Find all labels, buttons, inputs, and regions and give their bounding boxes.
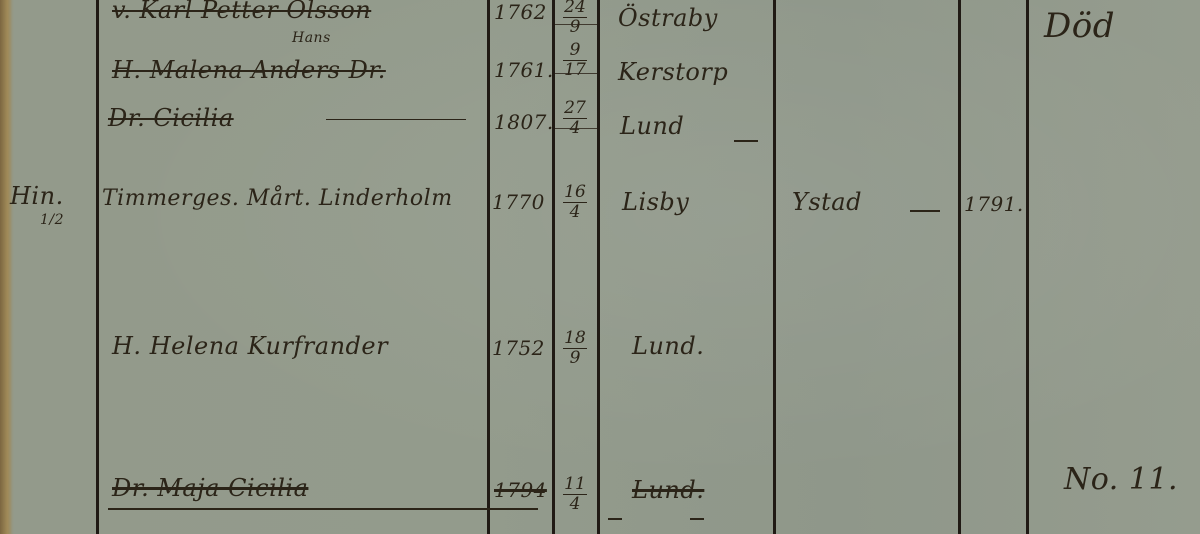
row-6-date-month: 4 (570, 494, 581, 514)
row-3-birthplace: Lund (620, 112, 684, 140)
row-6-under-dash (608, 518, 622, 520)
page-edge (0, 0, 12, 534)
row-6-date-day: 11 (564, 474, 586, 494)
row-6-year: 1794 (494, 478, 547, 502)
row-6-date: 11 4 (557, 476, 593, 513)
row-2-name: H. Malena Anders Dr. (112, 56, 386, 84)
row-1-name: v. Karl Petter Olsson (112, 0, 371, 24)
row-4-date-day: 16 (564, 182, 586, 202)
household-fraction: 1/2 (40, 212, 64, 228)
note-deceased: Död (1044, 6, 1115, 46)
row-5-date-day: 18 (564, 328, 586, 348)
row-2-birthplace: Kerstorp (618, 58, 728, 86)
row-1-date-month: 9 (570, 17, 581, 37)
row-4-date-month: 4 (570, 202, 581, 222)
column-rule-6 (958, 0, 961, 534)
row-6-name: Dr. Maja Cicilia (112, 474, 308, 502)
row-4-moved-from: Ystad (792, 188, 862, 216)
row-3-date-day: 27 (564, 98, 586, 118)
column-rule-5 (773, 0, 776, 534)
row-2-date-month: 9 (570, 40, 581, 60)
row-4-year: 1770 (492, 190, 545, 214)
row-1-year: 1762 (494, 0, 547, 24)
row-2-name-annotation: Hans (292, 30, 331, 46)
row-5-year: 1752 (492, 336, 545, 360)
register-page: Hin. 1/2 v. Karl Petter Olsson 1762 24 9… (0, 0, 1200, 534)
row-2-date: 9 17 (557, 42, 593, 79)
row-1-date: 24 9 (557, 0, 593, 36)
column-rule-2 (487, 0, 490, 534)
row-5-date: 18 9 (557, 330, 593, 367)
row-3-year: 1807. (494, 110, 554, 134)
row-2-date-day: 17 (564, 60, 586, 80)
row-3-fill-dash (326, 119, 466, 120)
row-4-moved-dash (910, 210, 940, 212)
row-5-name: H. Helena Kurfrander (112, 332, 388, 360)
row-3-date: 27 4 (557, 100, 593, 137)
note-number: No. 11. (1064, 462, 1178, 497)
row-3-date-month: 4 (570, 118, 581, 138)
row-1-birthplace: Östraby (618, 4, 718, 32)
column-rule-4 (597, 0, 600, 534)
row-5-date-month: 9 (570, 348, 581, 368)
row-6-strike-line (108, 508, 538, 510)
row-3-birthplace-dash (734, 140, 758, 142)
column-rule-7 (1026, 0, 1029, 534)
row-2-year: 1761. (494, 58, 554, 82)
row-4-name: Timmerges. Mårt. Linderholm (102, 186, 453, 211)
row-1-date-day: 24 (564, 0, 586, 17)
row-4-date: 16 4 (557, 184, 593, 221)
row-6-birthplace: Lund. (632, 476, 704, 504)
row-4-birthplace: Lisby (622, 188, 689, 216)
column-rule-1 (96, 0, 99, 534)
row-5-birthplace: Lund. (632, 332, 704, 360)
row-6-under-dash (690, 518, 704, 520)
household-label: Hin. (10, 182, 64, 210)
row-3-name: Dr. Cicilia (108, 104, 234, 132)
row-4-moved-year: 1791. (964, 192, 1024, 216)
